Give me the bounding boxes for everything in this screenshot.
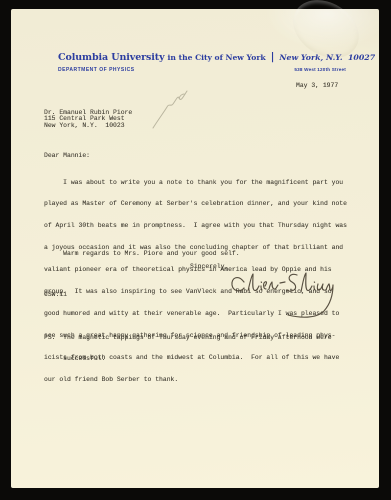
date-line: May 3, 1977: [296, 82, 338, 89]
salutation: Dear Mannie:: [44, 152, 90, 159]
body-line: played as Master of Ceremony at Serber's…: [44, 200, 347, 207]
postscript-line: successful.: [44, 355, 332, 362]
postscript-line: PS. The magnetic tappings of Thursday ev…: [44, 334, 332, 341]
letterhead-department: DEPARTMENT OF PHYSICS: [58, 67, 135, 73]
letterhead-city-zip: New York, N.Y. 10027: [279, 53, 375, 62]
recipient-address: Dr. Emanuel Rubin Piore115 Central Park …: [44, 110, 132, 129]
body-line: I was about to write you a note to thank…: [44, 179, 347, 186]
body-line: of April 30th beats me in promptness. I …: [44, 222, 347, 229]
letterhead-street-address: 538 West 120th Street: [294, 67, 346, 72]
postscript: PS. The magnetic tappings of Thursday ev…: [44, 319, 332, 377]
sign-off: Sincerely,: [190, 263, 228, 270]
letterhead-institution: Columbia University: [58, 52, 165, 63]
recipient-city: New York, N.Y. 10023: [44, 122, 125, 129]
letterhead-divider: |: [269, 51, 277, 63]
pencil-scribble-icon: [143, 86, 193, 134]
reference-initials: CSW:11: [44, 291, 67, 298]
letter-page: Columbia University in the City of New Y…: [11, 9, 379, 488]
signature-handwriting: [230, 270, 336, 324]
letterhead-tagline: in the City of New York: [168, 53, 266, 62]
closing-line: Warm regards to Mrs. Piore and your good…: [44, 250, 240, 257]
letterhead: Columbia University in the City of New Y…: [58, 51, 375, 63]
